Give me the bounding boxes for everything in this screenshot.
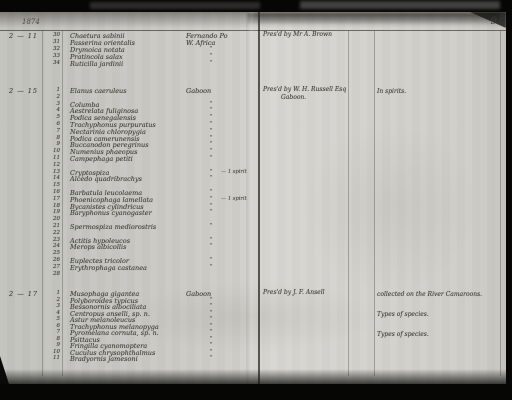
locality-ditto: " xyxy=(210,129,213,135)
specimen-number: 5 xyxy=(46,317,60,323)
specimen-name: Campephaga petiti xyxy=(70,156,133,163)
locality: Gaboon xyxy=(186,291,211,298)
ledger-page: 1874 9 2 — 11Pres'd by Mr A. Brown30Chae… xyxy=(0,12,506,384)
acquisition-note: Pres'd by Mr A. Brown xyxy=(263,32,332,38)
locality-ditto: " xyxy=(210,122,213,128)
locality-ditto: " xyxy=(210,317,213,323)
locality-ditto: " xyxy=(210,115,213,121)
locality-ditto: " xyxy=(210,244,213,250)
specimen-name: Baryphonus cyanogaster xyxy=(70,210,152,217)
locality-ditto: " xyxy=(210,265,213,271)
specimen-number: 34 xyxy=(46,61,60,67)
entries-layer: 2 — 11Pres'd by Mr A. Brown30Chaetura sa… xyxy=(0,12,506,384)
remark-note: In spirits. xyxy=(377,89,406,95)
spirit-note: — 1 spirit xyxy=(221,197,247,202)
locality-ditto: " xyxy=(210,304,213,310)
spirit-note: — 1 spirit xyxy=(221,170,247,175)
specimen-number: 21 xyxy=(46,224,60,230)
remark-note: collected on the River Camaroons. xyxy=(377,292,482,298)
locality-ditto: " xyxy=(210,61,213,67)
specimen-number: 30 xyxy=(46,33,60,39)
specimen-number: 11 xyxy=(46,356,60,362)
entry-date: 2 — 15 xyxy=(9,88,38,95)
specimen-number: 33 xyxy=(46,54,60,60)
entry-date: 2 — 17 xyxy=(9,291,38,298)
specimen-number: 20 xyxy=(46,217,60,223)
specimen-number: 7 xyxy=(46,129,60,135)
specimen-number: 15 xyxy=(46,183,60,189)
locality-ditto: " xyxy=(210,149,213,155)
acquisition-note: Pres'd by W. H. Russell Esq xyxy=(263,87,346,93)
specimen-name: Bradyornis jamesoni xyxy=(70,356,138,363)
specimen-number: 26 xyxy=(46,258,60,264)
locality-ditto: " xyxy=(210,54,213,60)
locality-ditto: " xyxy=(210,190,213,196)
locality-ditto: " xyxy=(210,47,213,53)
specimen-number: 5 xyxy=(46,115,60,121)
acquisition-note: Pres'd by J. F. Ansell xyxy=(263,290,325,296)
specimen-number: 3 xyxy=(46,304,60,310)
locality-ditto: " xyxy=(210,258,213,264)
specimen-number: 1 xyxy=(46,88,60,94)
locality-ditto: " xyxy=(210,343,213,349)
specimen-number: 22 xyxy=(46,231,60,237)
specimen-name: Alcedo quadribrachys xyxy=(70,176,142,183)
specimen-name: Ruticilla jardinii xyxy=(70,61,123,68)
entry-date: 2 — 11 xyxy=(9,33,38,40)
specimen-number: 32 xyxy=(46,47,60,53)
locality-ditto: " xyxy=(210,210,213,216)
scan-edge-smudge xyxy=(90,2,260,9)
locality: Gaboon xyxy=(186,88,211,95)
specimen-number: 12 xyxy=(46,163,60,169)
acquisition-note: Gaboon. xyxy=(281,95,306,101)
locality-ditto: " xyxy=(210,176,213,182)
specimen-number: 31 xyxy=(46,40,60,46)
specimen-number: 11 xyxy=(46,156,60,162)
specimen-number: 2 xyxy=(46,95,60,101)
specimen-number: 1 xyxy=(46,291,60,297)
remark-note: Types of species. xyxy=(377,332,429,338)
locality-ditto: " xyxy=(210,356,213,362)
bottom-edge-shadow xyxy=(0,369,506,384)
specimen-name: Erythrophaga castanea xyxy=(70,265,147,272)
locality-ditto: " xyxy=(210,330,213,336)
specimen-number: 25 xyxy=(46,251,60,257)
specimen-name: Elanus caeruleus xyxy=(70,88,127,95)
locality-ditto: " xyxy=(210,224,213,230)
specimen-number: 16 xyxy=(46,190,60,196)
specimen-name: Merops albicollis xyxy=(70,244,126,251)
specimen-number: 17 xyxy=(46,197,60,203)
specimen-number: 27 xyxy=(46,265,60,271)
locality-ditto: " xyxy=(210,197,213,203)
locality-ditto: " xyxy=(210,156,213,162)
specimen-number: 28 xyxy=(46,272,60,278)
specimen-number: 9 xyxy=(46,343,60,349)
scan-edge-smudge xyxy=(300,1,500,9)
remark-note: Types of species. xyxy=(377,312,429,318)
specimen-number: 7 xyxy=(46,330,60,336)
specimen-number: 10 xyxy=(46,149,60,155)
specimen-number: 6 xyxy=(46,122,60,128)
specimen-name: Spermospiza mediorostris xyxy=(70,224,156,231)
